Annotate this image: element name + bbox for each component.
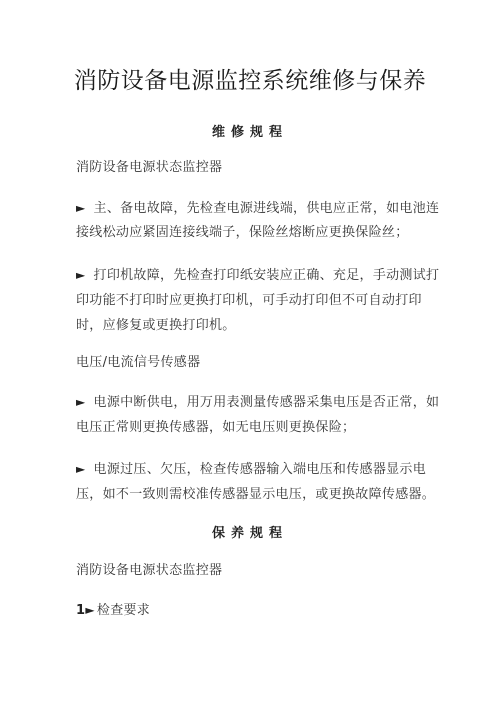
- item-number: 1: [76, 603, 85, 618]
- subsection-heading-sensor: 电压/电流信号传感器: [76, 351, 436, 370]
- document-page: 消防设备电源监控系统维修与保养 维修规程 消防设备电源状态监控器 ►主、备电故障…: [0, 0, 500, 707]
- subsection-heading-monitor: 消防设备电源状态监控器: [76, 156, 436, 175]
- triangle-bullet-icon: ►: [76, 268, 86, 282]
- numbered-item-inspection: 1►检查要求: [76, 599, 436, 618]
- triangle-bullet-icon: ►: [76, 395, 86, 409]
- section-heading-maintenance: 维修规程: [0, 121, 500, 140]
- list-item-line: 接线松动应紧固连接线端子，保险丝熔断应更换保险丝；: [76, 221, 436, 240]
- list-item-power-interrupt: ►电源中断供电，用万用表测量传感器采集电压是否正常，如: [76, 391, 436, 410]
- triangle-bullet-icon: ►: [76, 201, 86, 215]
- subsection-heading-monitor-2: 消防设备电源状态监控器: [76, 559, 436, 578]
- document-title: 消防设备电源监控系统维修与保养: [0, 62, 500, 95]
- section-heading-upkeep: 保养规程: [0, 522, 500, 541]
- list-item-line: 印功能不打印时应更换打印机，可手动打印但不可自动打印: [76, 289, 436, 308]
- list-item-line: 时，应修复或更换打印机。: [76, 314, 436, 333]
- list-item-voltage-fault: ►电源过压、欠压，检查传感器输入端电压和传感器显示电: [76, 458, 436, 477]
- triangle-bullet-icon: ►: [76, 462, 86, 476]
- list-item-printer-fault: ►打印机故障，先检查打印纸安装应正确、充足，手动测试打: [76, 264, 436, 283]
- list-item-line: 压，如不一致则需校准传感器显示电压，或更换故障传感器。: [76, 483, 436, 502]
- triangle-bullet-icon: ►: [85, 603, 95, 617]
- list-item-line: 电压正常则更换传感器，如无电压则更换保险；: [76, 416, 436, 435]
- list-item-power-fault: ►主、备电故障，先检查电源进线端，供电应正常，如电池连: [76, 197, 436, 216]
